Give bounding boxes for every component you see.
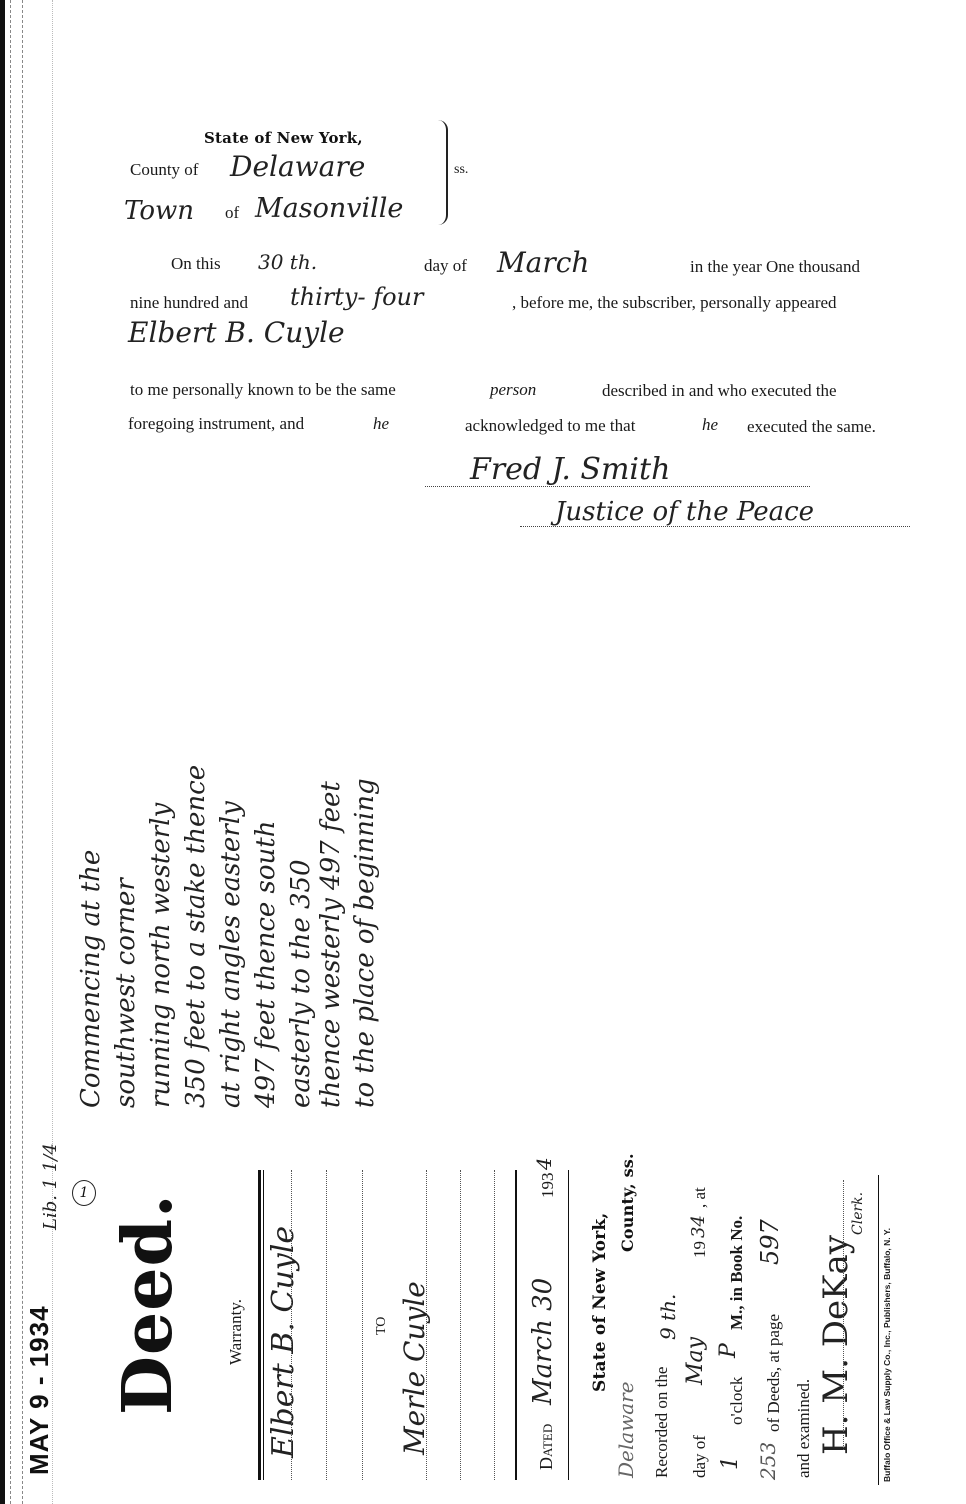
oclock-label: o'clock	[727, 1377, 747, 1425]
county-value: Delaware	[230, 150, 365, 183]
on-this-label: On this	[171, 254, 221, 274]
day-value: 30 th.	[258, 250, 317, 274]
recorded-on-label: Recorded on the	[652, 1367, 672, 1478]
pronoun-he-2: he	[702, 415, 718, 435]
dated-label: Dated	[536, 1424, 557, 1470]
executed-phrase: executed the same.	[747, 417, 876, 437]
scan-edge	[0, 0, 5, 1504]
clerk-signature: H. M. DeKay	[816, 1235, 856, 1455]
pronoun-he-1: he	[373, 414, 389, 434]
county-ss-label: County, ss.	[618, 1153, 637, 1252]
deed-type: Warranty.	[226, 1299, 246, 1365]
stamp-note: Lib. 1 1/4	[40, 1143, 61, 1230]
recorded-year: 34	[688, 1215, 709, 1238]
grantor-name: Elbert B. Cuyle	[266, 1226, 301, 1458]
rule	[515, 1170, 517, 1480]
to-label: TO	[374, 1317, 390, 1335]
clerk-line	[843, 1180, 844, 1450]
publisher-imprint: Buffalo Office & Law Supply Co., Inc., P…	[882, 1228, 892, 1482]
county-label: County of	[130, 160, 198, 180]
double-rule	[258, 1170, 261, 1480]
recorded-month: May	[683, 1337, 708, 1385]
nine-hundred-label: nine hundred and	[130, 293, 248, 313]
appeared-name: Elbert B. Cuyle	[128, 316, 345, 349]
deed-title: Deed.	[108, 1193, 188, 1415]
and-examined-label: and examined.	[794, 1379, 814, 1478]
recorded-ampm: P	[716, 1343, 741, 1358]
foregoing-phrase: foregoing instrument, and	[128, 414, 304, 434]
town-label: Town	[124, 196, 194, 226]
endorsement-state: State of New York,	[590, 1213, 610, 1392]
publisher-rule	[878, 1175, 879, 1485]
state-heading: State of New York,	[204, 129, 363, 147]
book-number: 253	[756, 1442, 780, 1480]
of-deeds-label: of Deeds, at page	[764, 1314, 784, 1432]
blank-line	[326, 1170, 327, 1480]
before-me-phrase: , before me, the subscriber, personally …	[512, 293, 837, 313]
dated-year-prefix: 193	[538, 1173, 558, 1199]
dated-year-suffix: 4	[532, 1157, 556, 1170]
year-phrase: in the year One thousand	[690, 257, 860, 277]
day-of-label-2: day of	[690, 1435, 710, 1478]
known-phrase: to me personally known to be the same	[130, 380, 396, 400]
description-line-6: 497 feet thence south	[251, 821, 281, 1108]
justice-signature: Fred J. Smith	[470, 452, 670, 487]
at-label: , at	[690, 1187, 710, 1208]
description-line-8: thence westerly 497 feet	[316, 781, 346, 1108]
year-value: thirty- four	[290, 283, 423, 311]
brace	[436, 120, 448, 225]
description-line-4: 350 feet to a stake thence	[181, 765, 211, 1108]
rule	[568, 1170, 569, 1480]
town-of: of	[225, 203, 239, 223]
blank-line	[460, 1170, 461, 1480]
described-phrase: described in and who executed the	[602, 381, 837, 401]
description-line-9: to the place of beginning	[350, 778, 380, 1108]
description-line-1: Commencing at the	[76, 850, 106, 1108]
description-line-2: southwest corner	[111, 878, 141, 1108]
blank-line	[362, 1170, 363, 1480]
description-line-5: at right angles easterly	[216, 801, 246, 1108]
day-of-label: day of	[424, 256, 467, 276]
recorded-day: 9 th.	[656, 1294, 680, 1340]
description-line-3: running north westerly	[146, 803, 176, 1108]
double-rule	[263, 1170, 264, 1480]
page-number: 597	[756, 1219, 784, 1265]
recorded-hour: 1	[718, 1456, 743, 1470]
book-label: M., in Book No.	[727, 1216, 747, 1330]
recording-stamp: MAY 9 - 1934	[24, 1305, 55, 1475]
scan-edge-line	[10, 0, 11, 1504]
grantor-line	[291, 1170, 292, 1480]
month-value: March	[497, 246, 589, 279]
description-line-7: easterly to the 350	[286, 859, 316, 1108]
blank-line	[494, 1170, 495, 1480]
recorded-year-prefix: 19	[690, 1241, 710, 1258]
person-label: person	[490, 380, 536, 400]
justice-title: Justice of the Peace	[555, 497, 814, 527]
circled-number: 1	[72, 1180, 96, 1206]
town-value: Masonville	[255, 193, 403, 224]
grantee-line	[426, 1170, 427, 1480]
fold-line	[52, 0, 53, 1504]
ss-label: ss.	[454, 162, 468, 178]
clerk-label: Clerk.	[850, 1192, 866, 1235]
dated-value: March 30	[528, 1278, 558, 1405]
acknowledged-phrase: acknowledged to me that	[465, 416, 635, 436]
endorsement-county-value: Delaware	[614, 1381, 638, 1478]
scan-edge-line	[22, 0, 23, 1504]
